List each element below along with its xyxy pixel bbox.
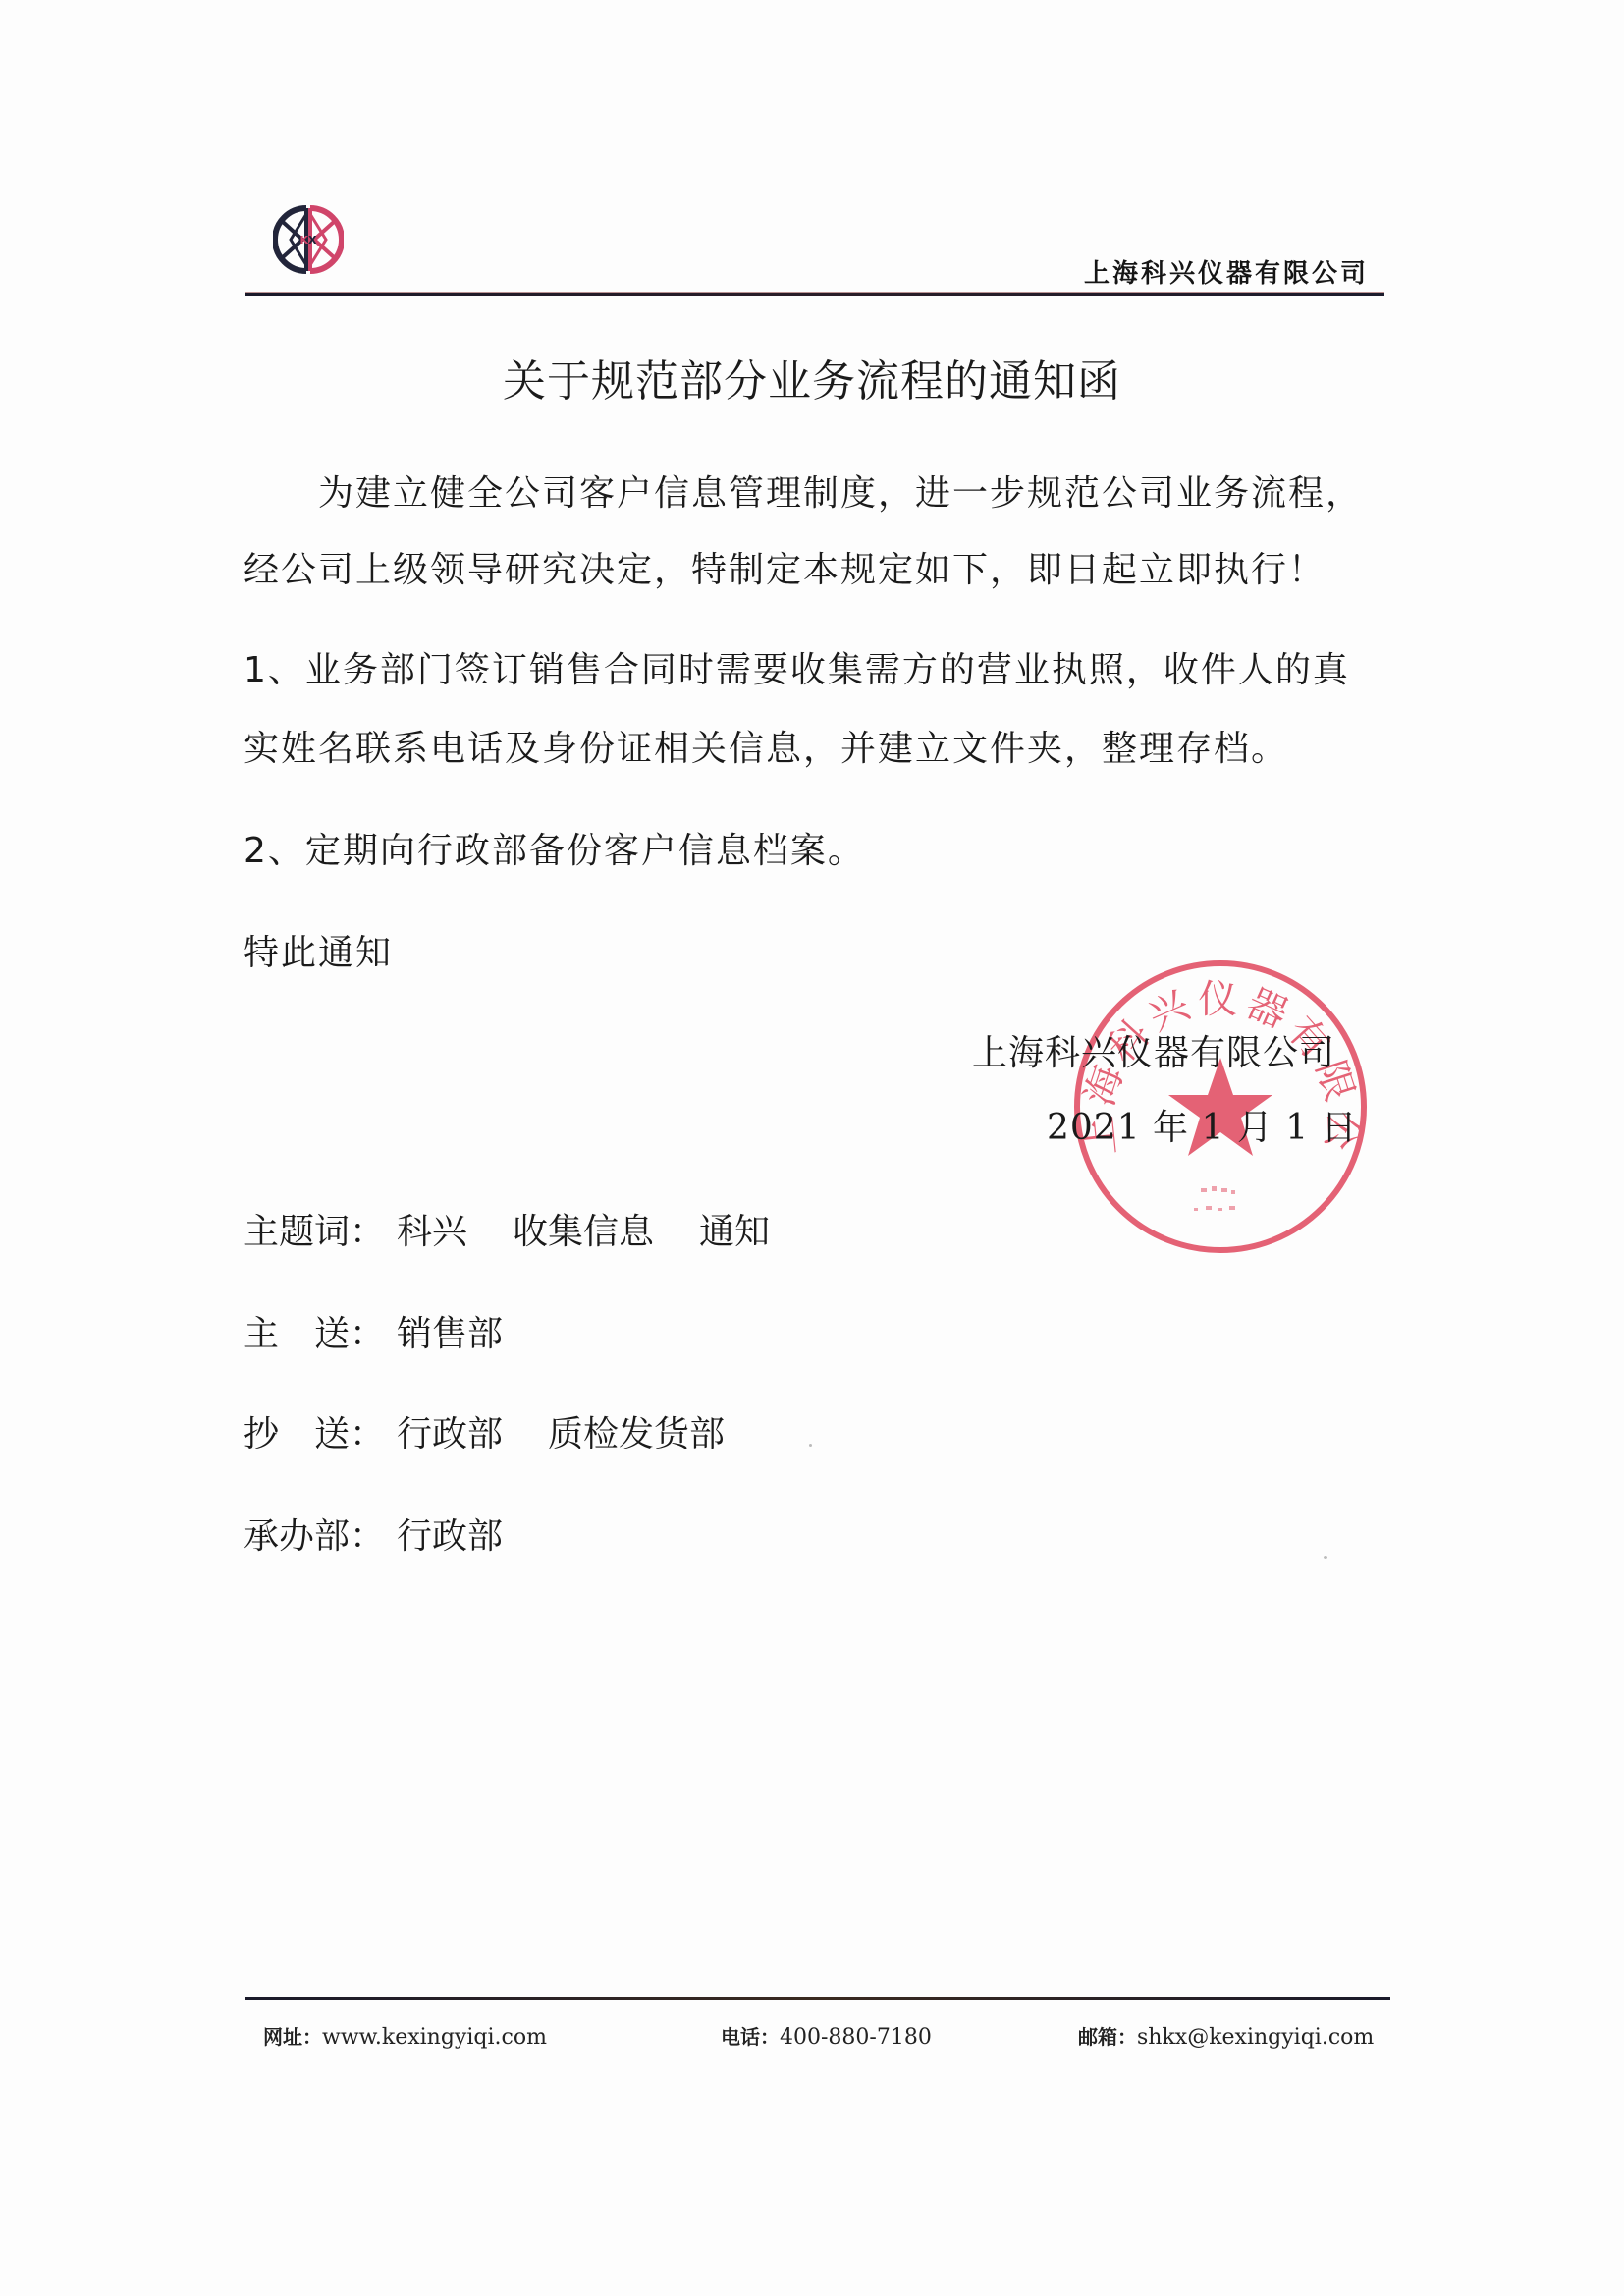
item-1-line-1: 1、业务部门签订销售合同时需要收集需方的营业执照，收件人的真 bbox=[244, 642, 1350, 692]
header-company-name: 上海科兴仪器有限公司 bbox=[1084, 253, 1369, 290]
email-label: 邮箱： bbox=[1078, 2025, 1137, 2049]
cc-recipient-2: 质检发货部 bbox=[548, 1406, 725, 1456]
to-label: 主 送： bbox=[244, 1306, 397, 1356]
document-title: 关于规范部分业务流程的通知函 bbox=[0, 346, 1624, 409]
cc-recipient-1: 行政部 bbox=[397, 1406, 503, 1456]
closing-text: 特此通知 bbox=[244, 925, 393, 975]
cc-label: 抄 送： bbox=[244, 1406, 397, 1456]
handler-label: 承办部： bbox=[244, 1508, 397, 1558]
footer-website: 网址：www.kexingyiqi.com bbox=[263, 2021, 547, 2050]
meta-handler-row: 承办部： 行政部 bbox=[244, 1508, 548, 1558]
website-label: 网址： bbox=[263, 2025, 322, 2049]
footer-phone: 电话：400-880-7180 bbox=[721, 2021, 932, 2050]
to-recipient-1: 销售部 bbox=[397, 1306, 503, 1356]
keyword-3: 通知 bbox=[699, 1204, 770, 1254]
header-divider bbox=[245, 293, 1384, 296]
signature-date: 2021 年 1 月 1 日 bbox=[1047, 1100, 1358, 1150]
meta-to-row: 主 送： 销售部 bbox=[244, 1306, 548, 1356]
phone-number: 400-880-7180 bbox=[780, 2025, 932, 2050]
intro-line-2: 经公司上级领导研究决定，特制定本规定如下，即日起立即执行！ bbox=[244, 542, 1326, 592]
scan-speck bbox=[1324, 1556, 1327, 1559]
footer-divider bbox=[245, 1997, 1390, 2000]
signature-company: 上海科兴仪器有限公司 bbox=[972, 1025, 1335, 1075]
company-logo-icon: KX bbox=[273, 204, 344, 275]
keywords-label: 主题词： bbox=[244, 1204, 397, 1254]
meta-cc-row: 抄 送： 行政部 质检发货部 bbox=[244, 1406, 770, 1456]
email-link[interactable]: shkx@kexingyiqi.com bbox=[1137, 2025, 1374, 2050]
document-page: KX 上海科兴仪器有限公司 关于规范部分业务流程的通知函 为建立健全公司客户信息… bbox=[0, 0, 1624, 2296]
phone-label: 电话： bbox=[721, 2025, 780, 2049]
item-1-line-2: 实姓名联系电话及身份证相关信息，并建立文件夹，整理存档。 bbox=[244, 721, 1288, 771]
keyword-2: 收集信息 bbox=[513, 1204, 654, 1254]
footer-email: 邮箱：shkx@kexingyiqi.com bbox=[1078, 2021, 1374, 2050]
scan-speck bbox=[809, 1444, 812, 1447]
item-2: 2、定期向行政部备份客户信息档案。 bbox=[244, 823, 865, 873]
meta-keywords-row: 主题词： 科兴 收集信息 通知 bbox=[244, 1204, 815, 1254]
keyword-1: 科兴 bbox=[397, 1204, 467, 1254]
svg-text:KX: KX bbox=[299, 234, 317, 246]
intro-line-1: 为建立健全公司客户信息管理制度，进一步规范公司业务流程， bbox=[318, 465, 1363, 516]
website-link[interactable]: www.kexingyiqi.com bbox=[322, 2025, 547, 2050]
handler-department: 行政部 bbox=[397, 1508, 503, 1558]
